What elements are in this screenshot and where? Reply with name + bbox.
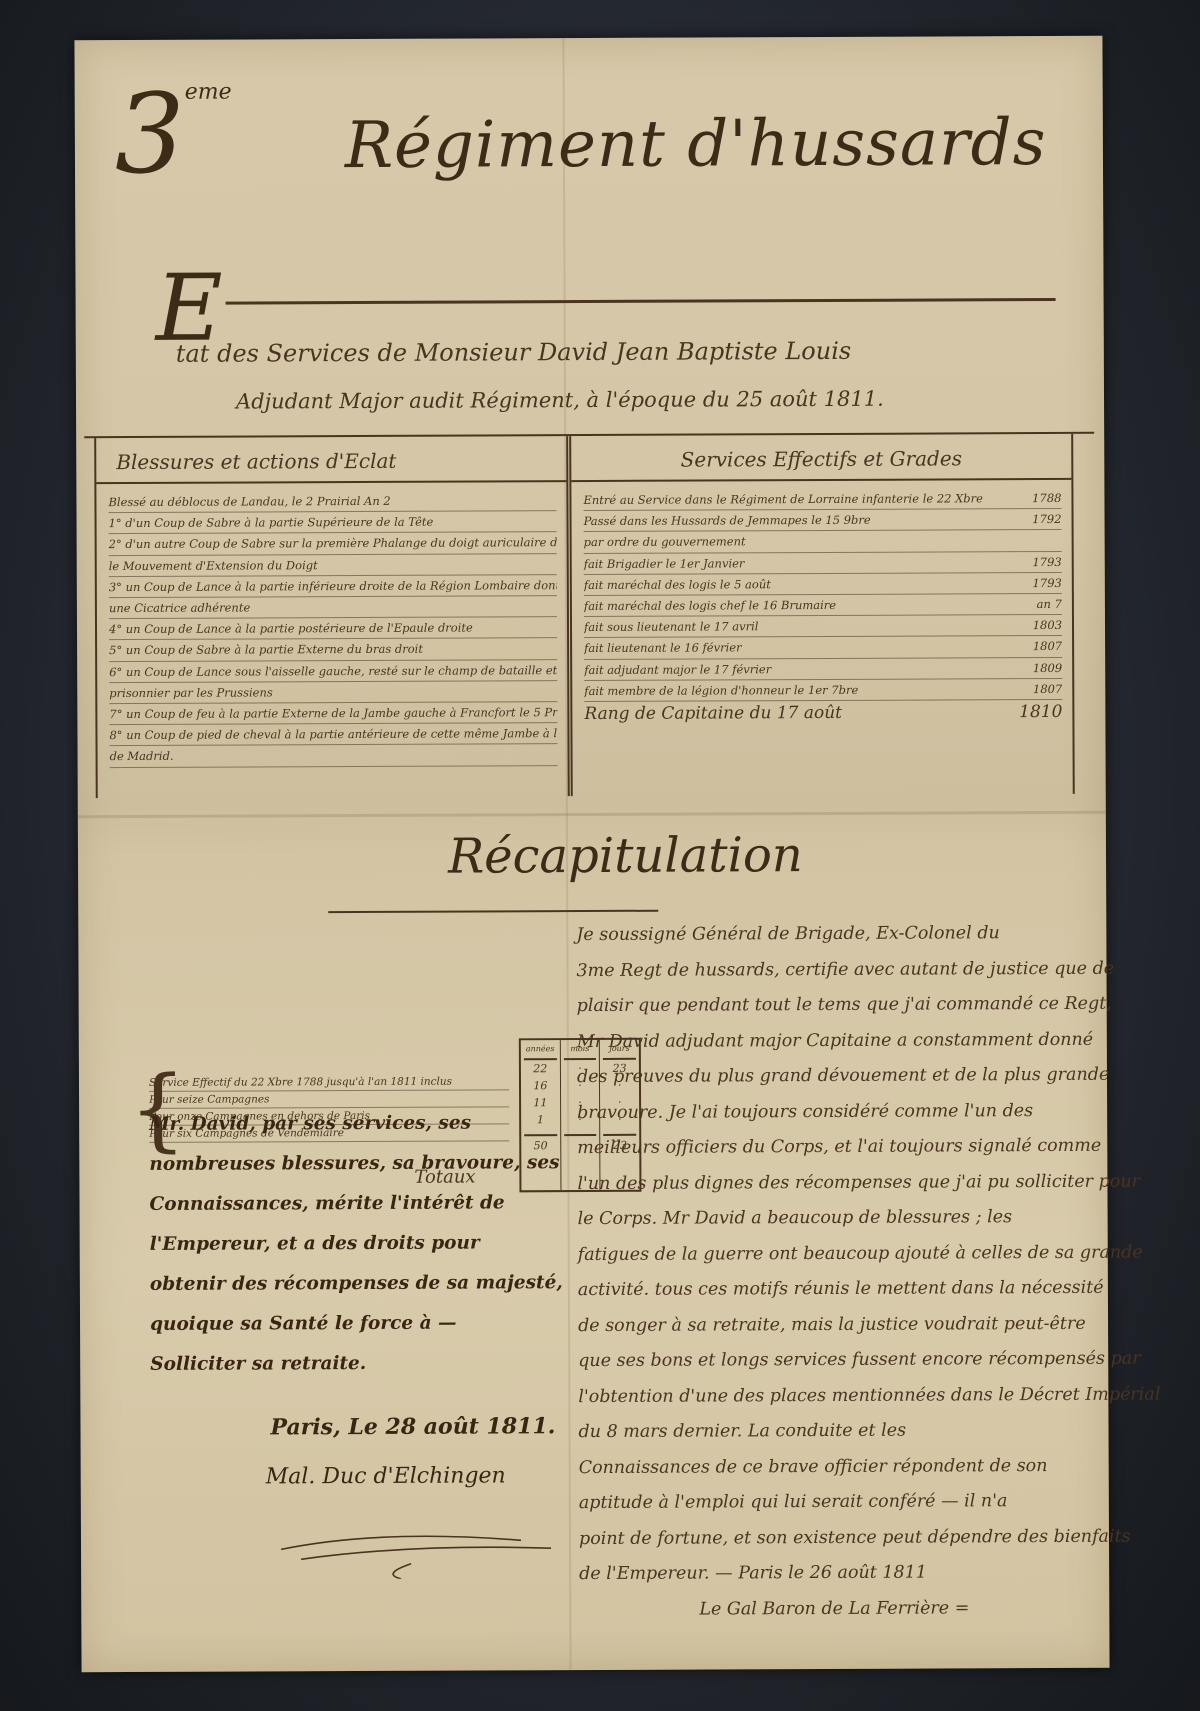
recap-title: Récapitulation: [448, 827, 803, 885]
service-row: fait membre de la légion d'honneur le 1e…: [584, 679, 1062, 702]
marshal-note: Mr. David, par ses services, ses nombreu…: [149, 1103, 570, 1385]
wound-row: Blessé au déblocus de Landau, le 2 Prair…: [108, 490, 556, 513]
wound-row: une Cicatrice adhérente: [109, 596, 557, 619]
wound-row: 7° un Coup de feu à la partie Externe de…: [109, 702, 557, 725]
service-row: Passé dans les Hussards de Jemmapes le 1…: [584, 509, 1062, 532]
wound-row: 4° un Coup de Lance à la partie postérie…: [109, 617, 557, 640]
wounds-column: Blessures et actions d'Eclat Blessé au d…: [94, 436, 570, 798]
general-certification: Je soussigné Général de Brigade, Ex-Colo…: [576, 916, 1079, 1628]
wound-row: 1° d'un Coup de Sabre à la partie Supéri…: [109, 511, 557, 534]
wounds-list: Blessé au déblocus de Landau, le 2 Prair…: [96, 482, 567, 768]
recap-rule: [328, 910, 658, 913]
wound-row: prisonnier par les Prussiens: [109, 681, 557, 704]
general-signature: Le Gal Baron de La Ferrière =: [579, 1590, 1079, 1628]
wound-row: 6° un Coup de Lance sous l'aisselle gauc…: [109, 660, 557, 683]
wound-row: de Madrid.: [110, 745, 558, 768]
service-record-document: 3eme Régiment d'hussards E tat des Servi…: [74, 36, 1109, 1672]
marshal-signature: Mal. Duc d'Elchingen: [266, 1463, 506, 1489]
wound-row: 8° un Coup de pied de cheval à la partie…: [109, 723, 557, 746]
service-row: fait maréchal des logis le 5 août1793: [584, 573, 1062, 596]
recap-row: Service Effectif du 22 Xbre 1788 jusqu'à…: [149, 1073, 509, 1092]
wound-row: 5° un Coup de Sabre à la partie Externe …: [109, 639, 557, 662]
wound-row: le Mouvement d'Extension du Doigt: [109, 554, 557, 577]
etat-heading: tat des Services de Monsieur David Jean …: [176, 337, 851, 368]
wound-row: 3° un Coup de Lance à la partie inférieu…: [109, 575, 557, 598]
service-row: Entré au Service dans le Régiment de Lor…: [583, 488, 1061, 511]
fold-crease-horizontal: [78, 811, 1106, 818]
service-table: Blessures et actions d'Eclat Blessé au d…: [84, 432, 1096, 798]
service-row: fait Brigadier le 1er Janvier1793: [584, 552, 1062, 575]
marshal-note-date: Paris, Le 28 août 1811.: [270, 1413, 555, 1440]
service-row: fait lieutenant le 16 février1807: [584, 636, 1062, 659]
signature-flourish-icon: [261, 1518, 561, 1579]
wound-row: 2° d'un autre Coup de Sabre sur la premi…: [109, 533, 557, 556]
title-rule: [226, 298, 1056, 305]
services-column: Services Effectifs et Grades Entré au Se…: [569, 434, 1075, 796]
service-row: fait maréchal des logis chef le 16 Bruma…: [584, 594, 1062, 617]
regiment-number: 3eme: [115, 70, 232, 199]
services-list: Entré au Service dans le Régiment de Lor…: [571, 480, 1072, 726]
service-row: fait adjudant major le 17 février1809: [584, 658, 1062, 681]
service-row-rank: Rang de Capitaine du 17 août1810: [584, 700, 1062, 726]
service-row: fait sous lieutenant le 17 avril1803: [584, 615, 1062, 638]
wounds-heading: Blessures et actions d'Eclat: [96, 436, 566, 484]
regiment-title: Régiment d'hussards: [345, 106, 1047, 183]
services-heading: Services Effectifs et Grades: [571, 434, 1071, 482]
service-row: par ordre du gouvernement: [584, 530, 1062, 553]
document-subtitle: Adjudant Major audit Régiment, à l'époqu…: [236, 387, 884, 414]
